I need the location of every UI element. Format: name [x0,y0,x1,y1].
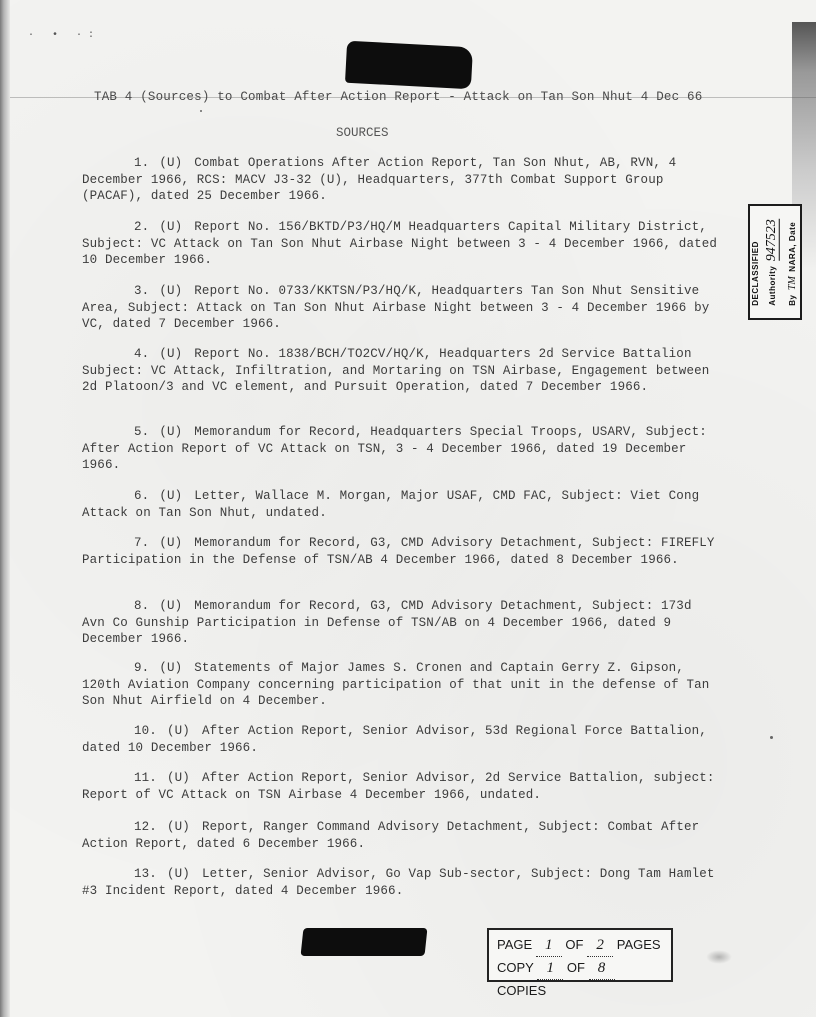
pages-label: PAGES [617,937,661,952]
source-classification: (U) [167,867,190,881]
source-number: 10. [134,724,157,738]
redaction-mark-bottom [301,928,428,956]
source-number: 12. [134,820,157,834]
source-classification: (U) [159,599,182,613]
source-number: 4. [134,347,149,361]
copy-label: COPY [497,960,534,975]
scan-left-edge [0,0,10,1017]
document-page: · • ·: TAB 4 (Sources) to Combat After A… [0,0,816,1017]
of-label: OF [565,937,583,952]
source-classification: (U) [167,724,190,738]
source-number: 11. [134,771,157,785]
source-item-13: 13.(U)Letter, Senior Advisor, Go Vap Sub… [82,866,722,899]
source-number: 13. [134,867,157,881]
source-number: 8. [134,599,149,613]
source-item-10: 10.(U)After Action Report, Senior Adviso… [82,723,722,756]
source-classification: (U) [167,820,190,834]
source-item-4: 4.(U)Report No. 1838/BCH/TO2CV/HQ/K, Hea… [82,346,722,396]
copy-count-row: COPY 1 OF 8 COPIES [497,957,663,1001]
page-copy-box: PAGE 1 OF 2 PAGES COPY 1 OF 8 COPIES [487,928,673,982]
source-classification: (U) [159,220,182,234]
source-item-6: 6.(U)Letter, Wallace M. Morgan, Major US… [82,488,722,521]
declassified-stamp: DECLASSIFIED Authority 947523 By TM NARA… [748,204,802,320]
agency-label: NARA, Date [788,221,797,271]
of-label: OF [567,960,585,975]
source-item-9: 9.(U)Statements of Major James S. Cronen… [82,660,722,710]
source-classification: (U) [167,771,190,785]
source-number: 1. [134,156,149,170]
tab-title: TAB 4 (Sources) to Combat After Action R… [94,90,702,104]
source-classification: (U) [159,489,182,503]
source-item-2: 2.(U)Report No. 156/BKTD/P3/HQ/M Headqua… [82,219,722,269]
source-classification: (U) [159,536,182,550]
by-row: By TM NARA, Date [782,219,800,306]
authority-row: Authority 947523 [762,219,780,306]
source-number: 9. [134,661,149,675]
redaction-mark-top [345,41,473,90]
source-number: 7. [134,536,149,550]
page-count-row: PAGE 1 OF 2 PAGES [497,934,663,957]
declassified-label: DECLASSIFIED [751,219,760,306]
scan-speck [770,736,773,739]
page-label: PAGE [497,937,532,952]
source-item-11: 11.(U)After Action Report, Senior Adviso… [82,770,722,803]
source-item-8: 8.(U)Memorandum for Record, G3, CMD Advi… [82,598,722,648]
source-number: 5. [134,425,149,439]
scan-specks: · • ·: [28,30,100,41]
authority-label: Authority [768,265,777,305]
source-number: 3. [134,284,149,298]
by-label: By [788,294,797,305]
source-number: 2. [134,220,149,234]
source-classification: (U) [159,661,182,675]
source-item-1: 1.(U)Combat Operations After Action Repo… [82,155,722,205]
page-number: 1 [536,935,562,957]
source-number: 6. [134,489,149,503]
copy-number: 1 [537,958,563,980]
authority-number: 947523 [764,219,780,261]
source-item-7: 7.(U)Memorandum for Record, G3, CMD Advi… [82,535,722,568]
source-classification: (U) [159,425,182,439]
source-item-3: 3.(U)Report No. 0733/KKTSN/P3/HQ/K, Head… [82,283,722,333]
scan-speck [200,110,202,112]
source-classification: (U) [159,156,182,170]
copy-total: 8 [589,958,615,980]
source-classification: (U) [159,347,182,361]
copies-label: COPIES [497,983,546,998]
sources-heading: SOURCES [336,126,389,140]
scan-smudge [706,950,732,964]
source-classification: (U) [159,284,182,298]
page-total: 2 [587,935,613,957]
source-item-5: 5.(U)Memorandum for Record, Headquarters… [82,424,722,474]
source-item-12: 12.(U)Report, Ranger Command Advisory De… [82,819,722,852]
by-initials: TM [787,276,798,290]
